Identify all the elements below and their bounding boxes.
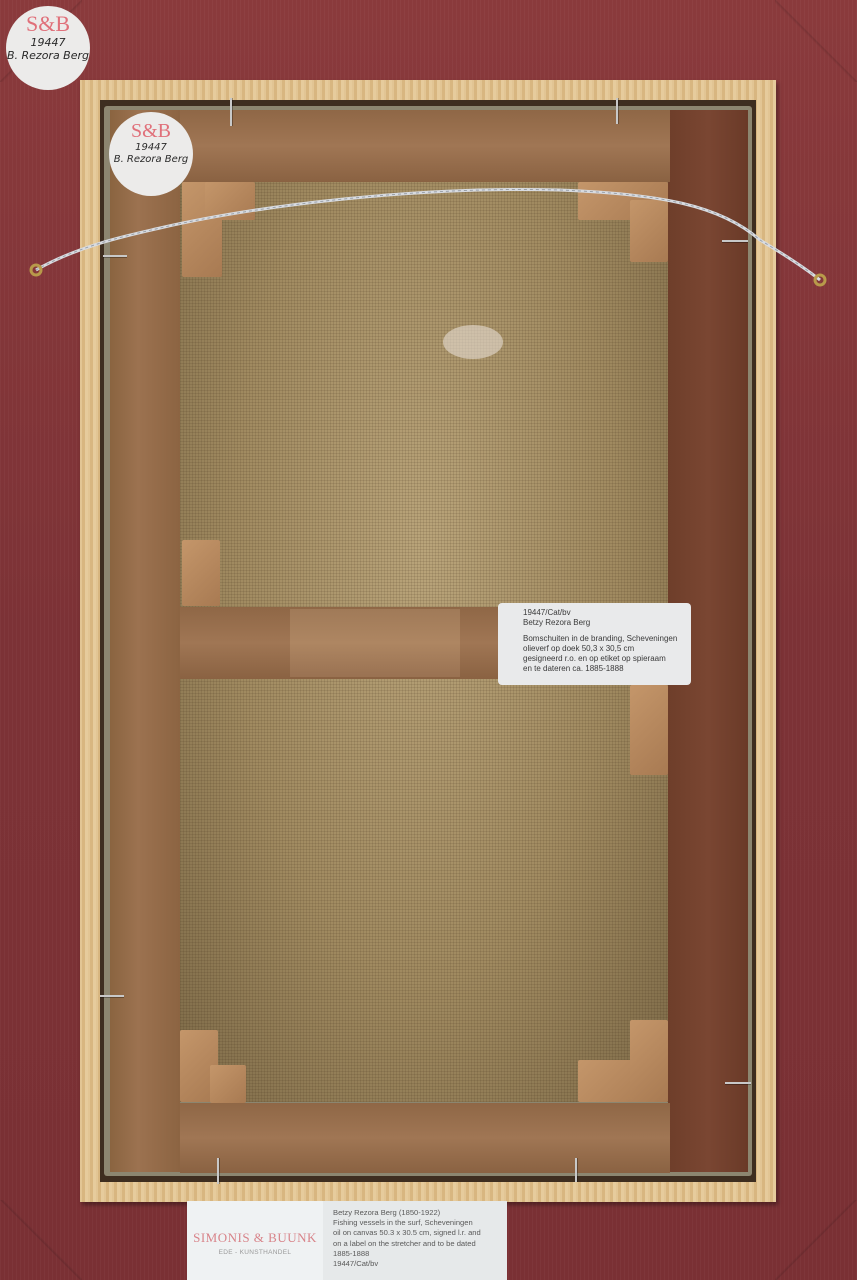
sb-sticker-frame: S&B 19447 B. Rezora Berg <box>6 6 90 90</box>
gallery-line: 1885-1888 <box>333 1249 501 1259</box>
nail <box>725 1082 751 1084</box>
gallery-line: Fishing vessels in the surf, Scheveninge… <box>333 1218 501 1228</box>
frame-mitre-bottom-left <box>0 1200 82 1280</box>
nail <box>230 98 232 126</box>
gallery-label: SIMONIS & BUUNK EDE - KUNSTHANDEL Betzy … <box>187 1201 507 1280</box>
frame-mitre-top-right <box>775 0 857 82</box>
stretcher-bottom-bar <box>180 1103 670 1173</box>
inventory-ref: 19447/Cat/bv <box>523 608 683 618</box>
sticker-number: 19447 <box>109 142 193 154</box>
gallery-line: on a label on the stretcher and to be da… <box>333 1239 501 1249</box>
brand-subtitle: EDE - KUNSTHANDEL <box>219 1249 292 1256</box>
inventory-line: en te dateren ca. 1885-1888 <box>523 664 683 674</box>
brand-name: SIMONIS & BUUNK <box>193 1230 317 1246</box>
gallery-line: oil on canvas 50.3 x 30.5 cm, signed l.r… <box>333 1228 501 1238</box>
gallery-line: Betzy Rezora Berg (1850-1922) <box>333 1208 501 1218</box>
crossbar-joint <box>290 609 460 677</box>
key-wedge <box>182 540 220 606</box>
stretcher-left-bar <box>110 110 180 1172</box>
nail <box>103 255 127 257</box>
inventory-label: 19447/Cat/bv Betzy Rezora Berg Bomschuit… <box>498 603 691 685</box>
gallery-brand: SIMONIS & BUUNK EDE - KUNSTHANDEL <box>187 1201 323 1280</box>
sticker-number: 19447 <box>6 36 90 49</box>
sticker-name: B. Rezora Berg <box>109 154 193 166</box>
nail <box>616 98 618 124</box>
key-wedge <box>630 685 668 775</box>
sticker-logo: S&B <box>6 12 90 36</box>
nail <box>722 240 748 242</box>
stretcher-top-bar <box>180 110 670 182</box>
canvas-stamp <box>443 325 503 359</box>
key-wedge <box>630 1020 668 1102</box>
sb-sticker-stretcher: S&B 19447 B. Rezora Berg <box>109 112 193 196</box>
gallery-line: 19447/Cat/bv <box>333 1259 501 1269</box>
inventory-line: gesigneerd r.o. en op etiket op spieraam <box>523 654 683 664</box>
nail <box>217 1158 219 1184</box>
inventory-artist: Betzy Rezora Berg <box>523 618 683 628</box>
nail <box>100 995 124 997</box>
gallery-description: Betzy Rezora Berg (1850-1922) Fishing ve… <box>323 1201 507 1280</box>
nail <box>575 1158 577 1182</box>
frame-mitre-bottom-right <box>775 1200 857 1280</box>
key-wedge <box>630 200 668 262</box>
key-wedge <box>205 182 255 220</box>
key-wedge <box>210 1065 246 1103</box>
sticker-logo: S&B <box>109 120 193 142</box>
inventory-line: olieverf op doek 50,3 x 30,5 cm <box>523 644 683 654</box>
inventory-line: Bomschuiten in de branding, Scheveningen <box>523 634 683 644</box>
sticker-name: B. Rezora Berg <box>6 49 90 62</box>
